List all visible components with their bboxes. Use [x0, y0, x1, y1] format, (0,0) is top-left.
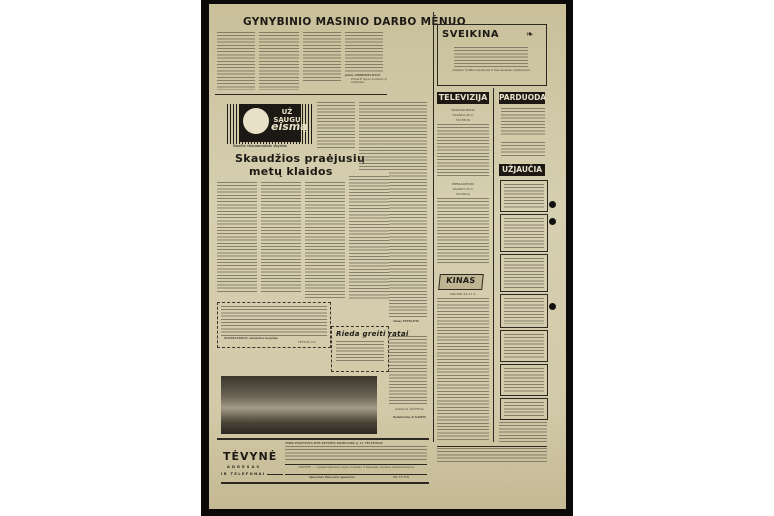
phones-label: IR TELEFONAI: [221, 472, 265, 476]
rubric-title-script: eismą: [271, 120, 308, 133]
article-column: [259, 32, 299, 90]
binding-hole: [549, 303, 556, 310]
condolence-box: [500, 398, 548, 420]
condolence-box: [500, 364, 548, 396]
greeting-box: SVEIKINA ❧ „Kalybės“ kolūkio kolektyvas …: [437, 24, 547, 86]
ornament-icon: ❧: [526, 30, 534, 40]
paper-name: TĖVYNĖ: [223, 450, 277, 463]
newspaper-page: GYNYBINIO MASINIO DARBO MĖNUO Julius AMB…: [209, 4, 566, 509]
divider: [215, 94, 387, 95]
tv-day: PIRMADIENIS: [437, 182, 489, 186]
notice-box: NOSTRAUKONE, ataskaitos kauyšėja TĖVYNĖ,…: [217, 302, 331, 348]
greeting-title: SVEIKINA: [442, 29, 499, 40]
cinema-banner: KINAS: [438, 274, 484, 290]
photo-credit: TĖVYNĖ, foto: [298, 341, 316, 344]
binding-hole: [549, 201, 556, 208]
tv-date: SAUSIO 25 d.: [437, 187, 489, 191]
article-column: [261, 182, 301, 294]
condolence-box: [500, 330, 548, 362]
rubric-subtitle: Rusčio visuomeninis skyrius: [233, 145, 287, 148]
column-divider: [433, 12, 434, 442]
road-headline-2: metų klaidos: [249, 165, 333, 178]
condolences-section-title: UŽJAUČIA: [499, 164, 545, 176]
tv-section-title: TELEVIZIJA: [437, 92, 489, 104]
road-safety-rubric-logo: UŽ SAUGŲ eismą: [239, 104, 301, 142]
condolence-box: [500, 254, 548, 292]
address-line: 23000 PANEVĖŽYS MTP. KETURIŲ KOMUNARŲ g.…: [285, 442, 427, 445]
tv-day: SEKMADIENIS: [437, 108, 489, 112]
article-column: [217, 182, 257, 294]
article-column: [389, 102, 427, 298]
humor-author: Simas PETRAITIS: [393, 320, 419, 323]
tv-program: [437, 198, 489, 264]
article-column: [303, 32, 341, 82]
publisher-line: „TĖVYNĖ“ — organas Panevėžio rajono komi…: [291, 466, 421, 469]
globe-icon: [243, 108, 269, 134]
sale-section-title: PARDUODA: [499, 92, 545, 104]
editor: Redaktorius P. KAIRYS: [393, 416, 426, 419]
byline: NOSTRAUKONE, ataskaitos kauyšėja: [224, 337, 278, 340]
tv-program: [437, 124, 489, 178]
greeting-signature: „Kalybės“ kolūkio kolektyvas ir visuomen…: [444, 69, 538, 72]
tv-date: SAUSIO 24 d.: [437, 113, 489, 117]
condolence-box: [500, 180, 548, 212]
humor-box: Rieda greiti ratai: [331, 326, 389, 372]
factory-photo: [221, 376, 377, 434]
condolence-box: [500, 294, 548, 328]
binding-hole: [549, 218, 556, 225]
article-column: [345, 32, 383, 72]
author-name: Julius AMBROZEVIČIUS: [345, 74, 385, 77]
article-column: [359, 102, 389, 172]
article-column: [349, 176, 389, 300]
tv-channel: VILNIUS: [437, 118, 489, 122]
addresses-label: ADRESAS: [227, 465, 261, 469]
circulation: Tir. 13 370: [393, 476, 409, 479]
printer: Spaustuvė Panevėžio spaustuvė: [309, 476, 355, 479]
tv-channel: VILNIUS: [437, 192, 489, 196]
article-column: [317, 102, 355, 148]
cinema-listings: [437, 298, 489, 442]
condolence-box: [500, 214, 548, 252]
article-column: [217, 32, 255, 90]
sale-text: [501, 108, 545, 136]
compiler: Sudarė St. ŽIŪTELKA: [395, 408, 424, 411]
road-headline-1: Skaudžios praėjusių: [235, 152, 365, 165]
author-role: ZSAALR rajono komiteto pirmininkas: [351, 78, 387, 85]
cinema-title: KINAS: [446, 276, 476, 285]
cinema-date: SAUSIO 24–31 d.: [437, 292, 489, 296]
article-column: [305, 182, 345, 300]
